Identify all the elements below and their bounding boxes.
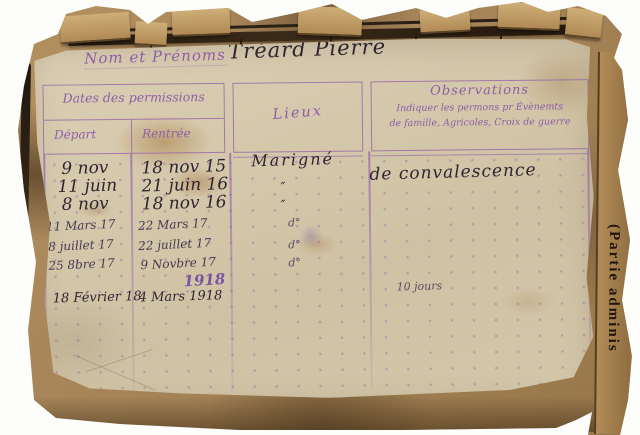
torn-paper-tab <box>419 8 470 35</box>
header-divider <box>44 118 224 121</box>
header-observations-note1: Indiquer les permons pr Évènemts <box>372 101 588 114</box>
spine-text: (Partie adminis <box>597 52 624 353</box>
header-depart-label: Départ <box>54 127 96 141</box>
row-rentree-3: 18 nov 16 <box>141 192 226 214</box>
cover-left-edge <box>16 62 31 410</box>
permissions-table: Dates des permissions Départ Rentrée Lie… <box>43 79 592 397</box>
header-observations-note2: de famille, Agricoles, Croix de guerre <box>372 116 588 129</box>
header-observations-label: Observations <box>372 82 588 99</box>
booklet-cover: (Partie adminis Nom et Prénoms Tréard Pi… <box>0 0 640 435</box>
header-rentree-label: Rentrée <box>142 126 191 141</box>
header-dates-box: Dates des permissions Départ Rentrée <box>43 83 226 155</box>
lieux-entry-2: ″ <box>280 180 285 195</box>
row-depart-3: 8 nov <box>61 194 109 215</box>
row-depart-7: 18 Février 18 <box>53 289 142 306</box>
lieux-entry-5: d° <box>288 238 301 251</box>
row-depart-6: 25 8bre 17 <box>48 256 115 273</box>
lieux-entry-4: d° <box>288 216 301 229</box>
header-lieux-box: Lieux <box>232 81 363 152</box>
cover-bottom-shadow <box>30 396 610 432</box>
header-subdivider <box>131 119 133 153</box>
obs-duration: 10 jours <box>396 279 442 293</box>
lieux-entry-6: d° <box>288 256 301 269</box>
torn-paper-tab <box>134 21 167 47</box>
torn-paper-tab <box>172 8 231 37</box>
row-rentree-7: 4 Mars 1918 <box>139 288 223 305</box>
row-depart-5: 8 juillet 17 <box>48 237 114 254</box>
torn-paper-tab <box>565 7 604 40</box>
dot-grid <box>43 151 591 395</box>
torn-paper-tab <box>59 12 131 45</box>
lieux-entry-3: ″ <box>281 198 286 213</box>
header-lieux-label: Lieux <box>233 100 362 126</box>
name-stamp-label: Nom et Prénoms <box>84 46 226 70</box>
booklet-spine: (Partie adminis <box>594 52 634 434</box>
scanned-document: (Partie adminis Nom et Prénoms Tréard Pi… <box>0 0 640 435</box>
lieux-entry-1: Marigné <box>251 149 334 170</box>
header-observations-box: Observations Indiquer les permons pr Évè… <box>370 79 589 151</box>
torn-paper-tab <box>498 2 561 31</box>
notebook-page: Nom et Prénoms Tréard Pierre Dates des p… <box>26 37 598 415</box>
torn-paper-tab <box>298 6 363 37</box>
header-dates-label: Dates des permissions <box>44 89 224 106</box>
